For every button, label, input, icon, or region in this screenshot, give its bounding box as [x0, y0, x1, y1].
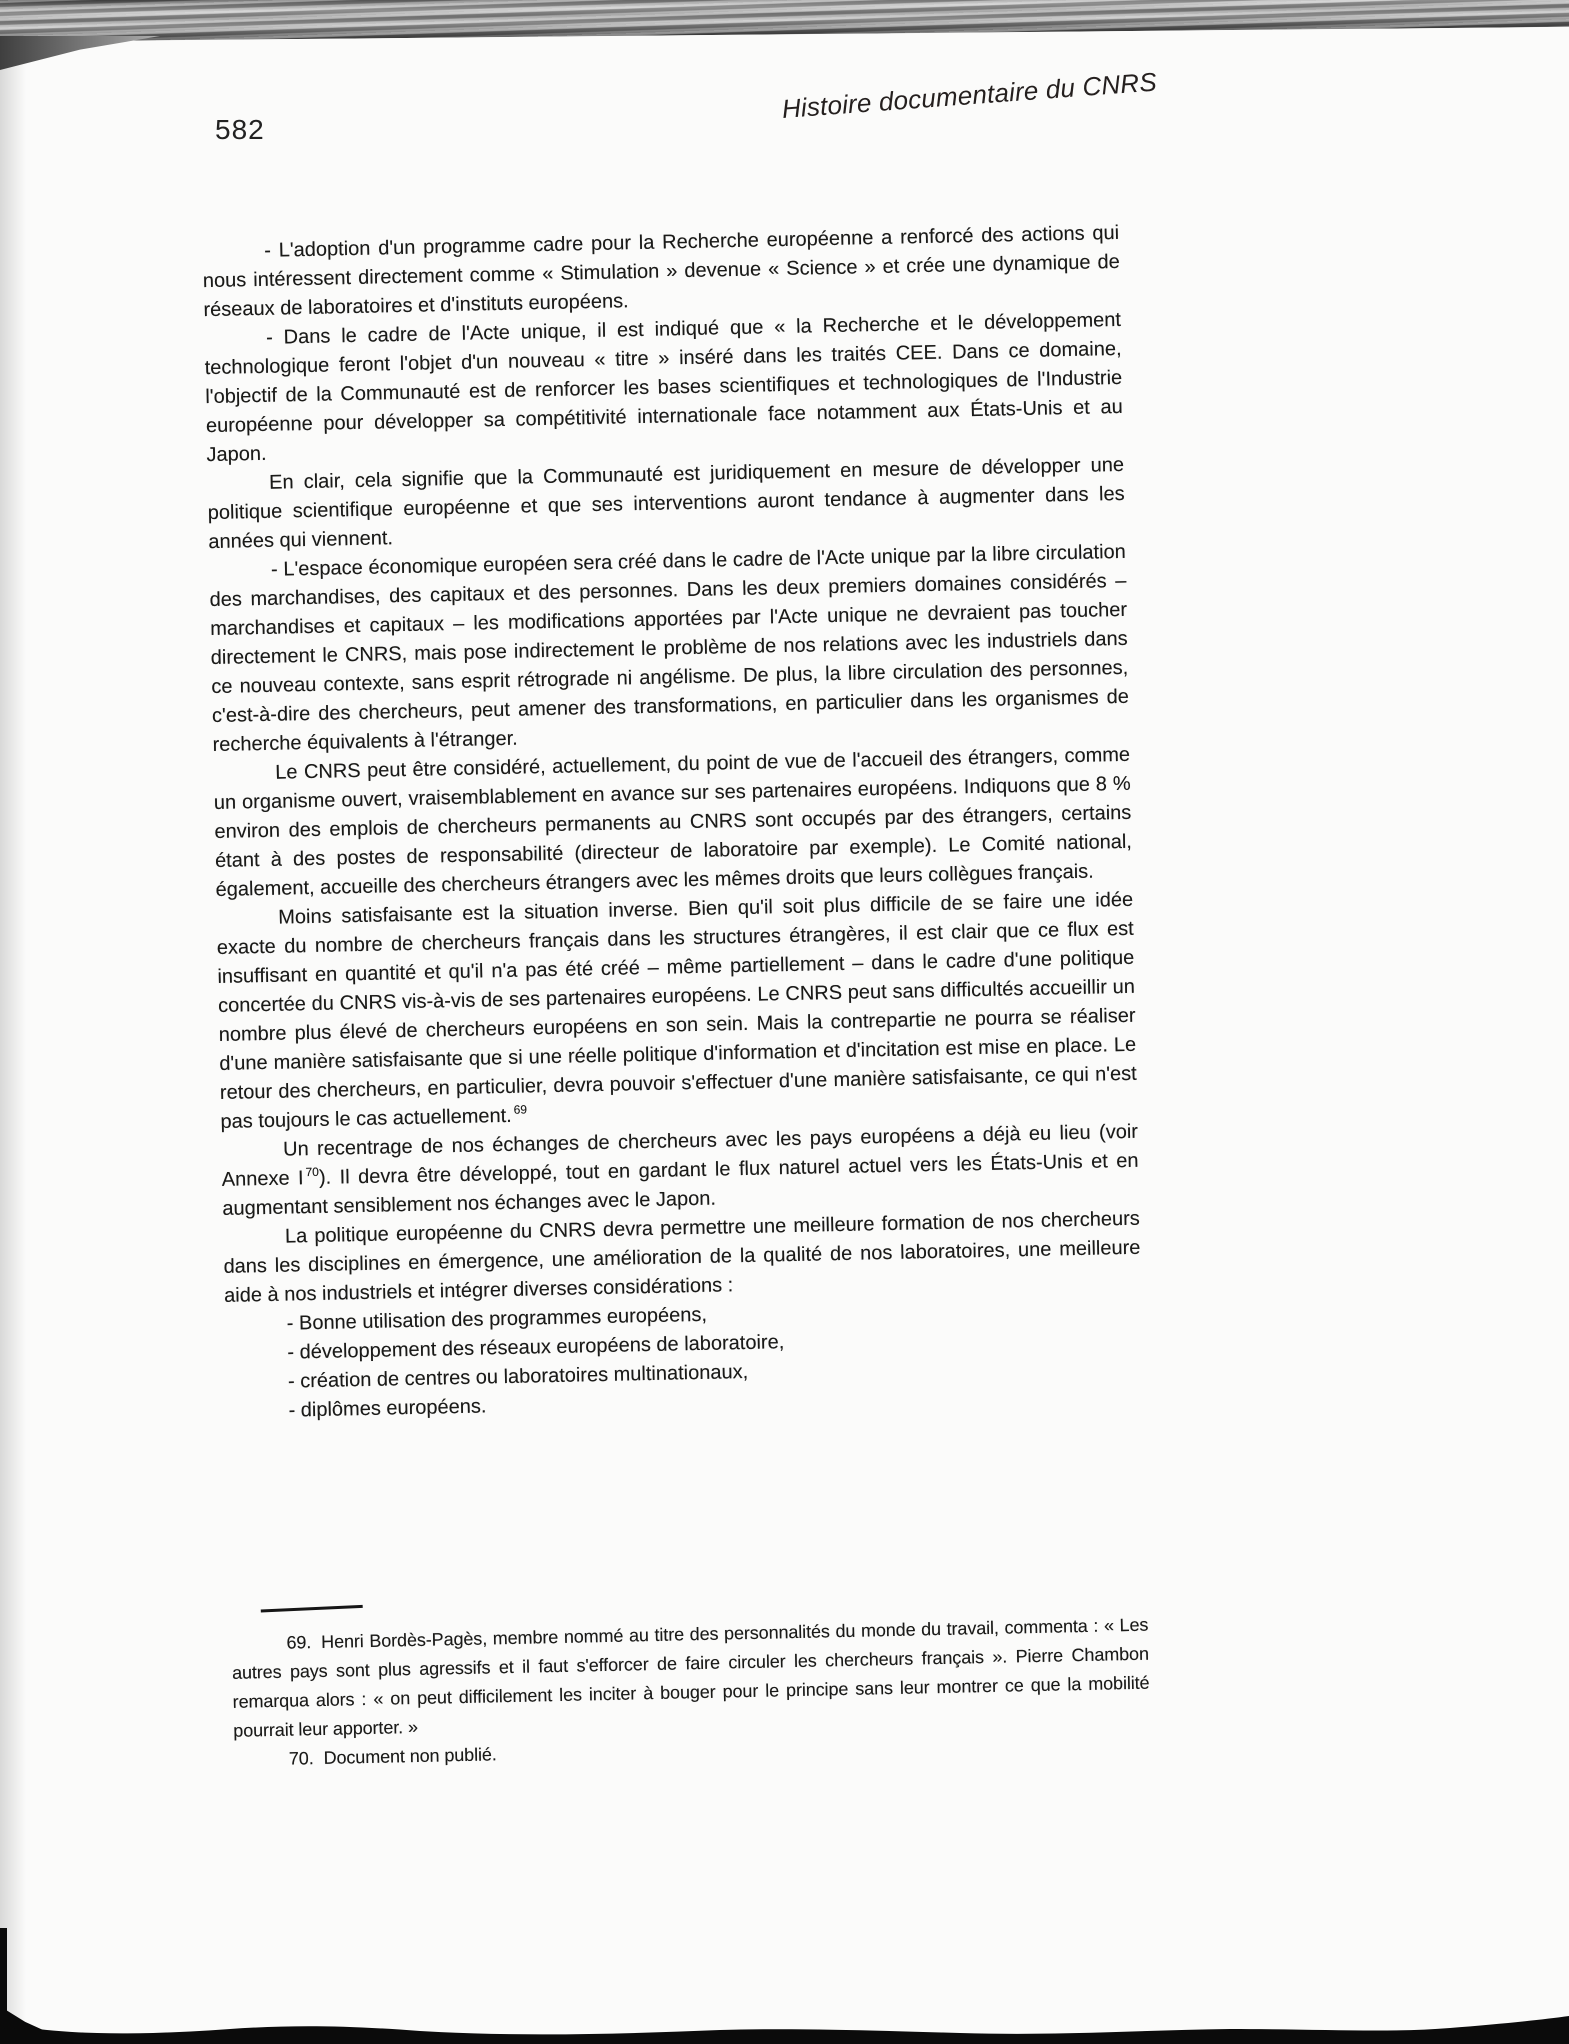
paragraph-text: Le CNRS peut être considéré, actuellemen…	[214, 744, 1132, 901]
page-text-block: - L'adoption d'un programme cadre pour l…	[202, 219, 1151, 1775]
footnote-number: 69.	[286, 1632, 311, 1653]
footnote: 69.Henri Bordès-Pagès, membre nommé au t…	[231, 1611, 1150, 1746]
footnote-text: Henri Bordès-Pagès, membre nommé au titr…	[232, 1615, 1150, 1741]
book-top-page-edges	[0, 0, 1569, 42]
paragraph-text: Moins satisfaisante est la situation inv…	[217, 889, 1137, 1133]
body-paragraph: - Dans le cadre de l'Acte unique, il est…	[204, 306, 1124, 470]
body-paragraph: Le CNRS peut être considéré, actuellemen…	[213, 741, 1133, 905]
footnote-number: 70.	[289, 1748, 314, 1769]
paragraph-text: - L'espace économique européen sera créé…	[209, 541, 1129, 756]
scanned-book-page: 582 Histoire documentaire du CNRS - L'ad…	[0, 0, 1569, 2044]
scan-left-shading	[0, 0, 26, 2044]
footnotes-block: 69.Henri Bordès-Pagès, membre nommé au t…	[231, 1611, 1151, 1775]
book-top-edge-taper	[0, 36, 160, 70]
paragraph-text: - L'adoption d'un programme cadre pour l…	[203, 222, 1120, 321]
footnote-ref-69: 69	[513, 1103, 527, 1117]
paragraph-text: La politique européenne du CNRS devra pe…	[223, 1208, 1140, 1307]
body-paragraph: - L'espace économique européen sera créé…	[209, 538, 1130, 760]
paragraph-text: - Dans le cadre de l'Acte unique, il est…	[205, 309, 1123, 466]
body-paragraph: Moins satisfaisante est la situation inv…	[216, 886, 1138, 1137]
footnote-gap	[227, 1408, 1148, 1609]
paragraph-text: En clair, cela signifie que la Communaut…	[208, 454, 1125, 553]
footnote-ref-70: 70	[305, 1165, 319, 1179]
page-number: 582	[215, 114, 265, 146]
footnote-text: Document non publié.	[323, 1744, 497, 1768]
running-title: Histoire documentaire du CNRS	[781, 67, 1158, 125]
book-bottom-page-edges	[0, 1998, 1569, 2044]
